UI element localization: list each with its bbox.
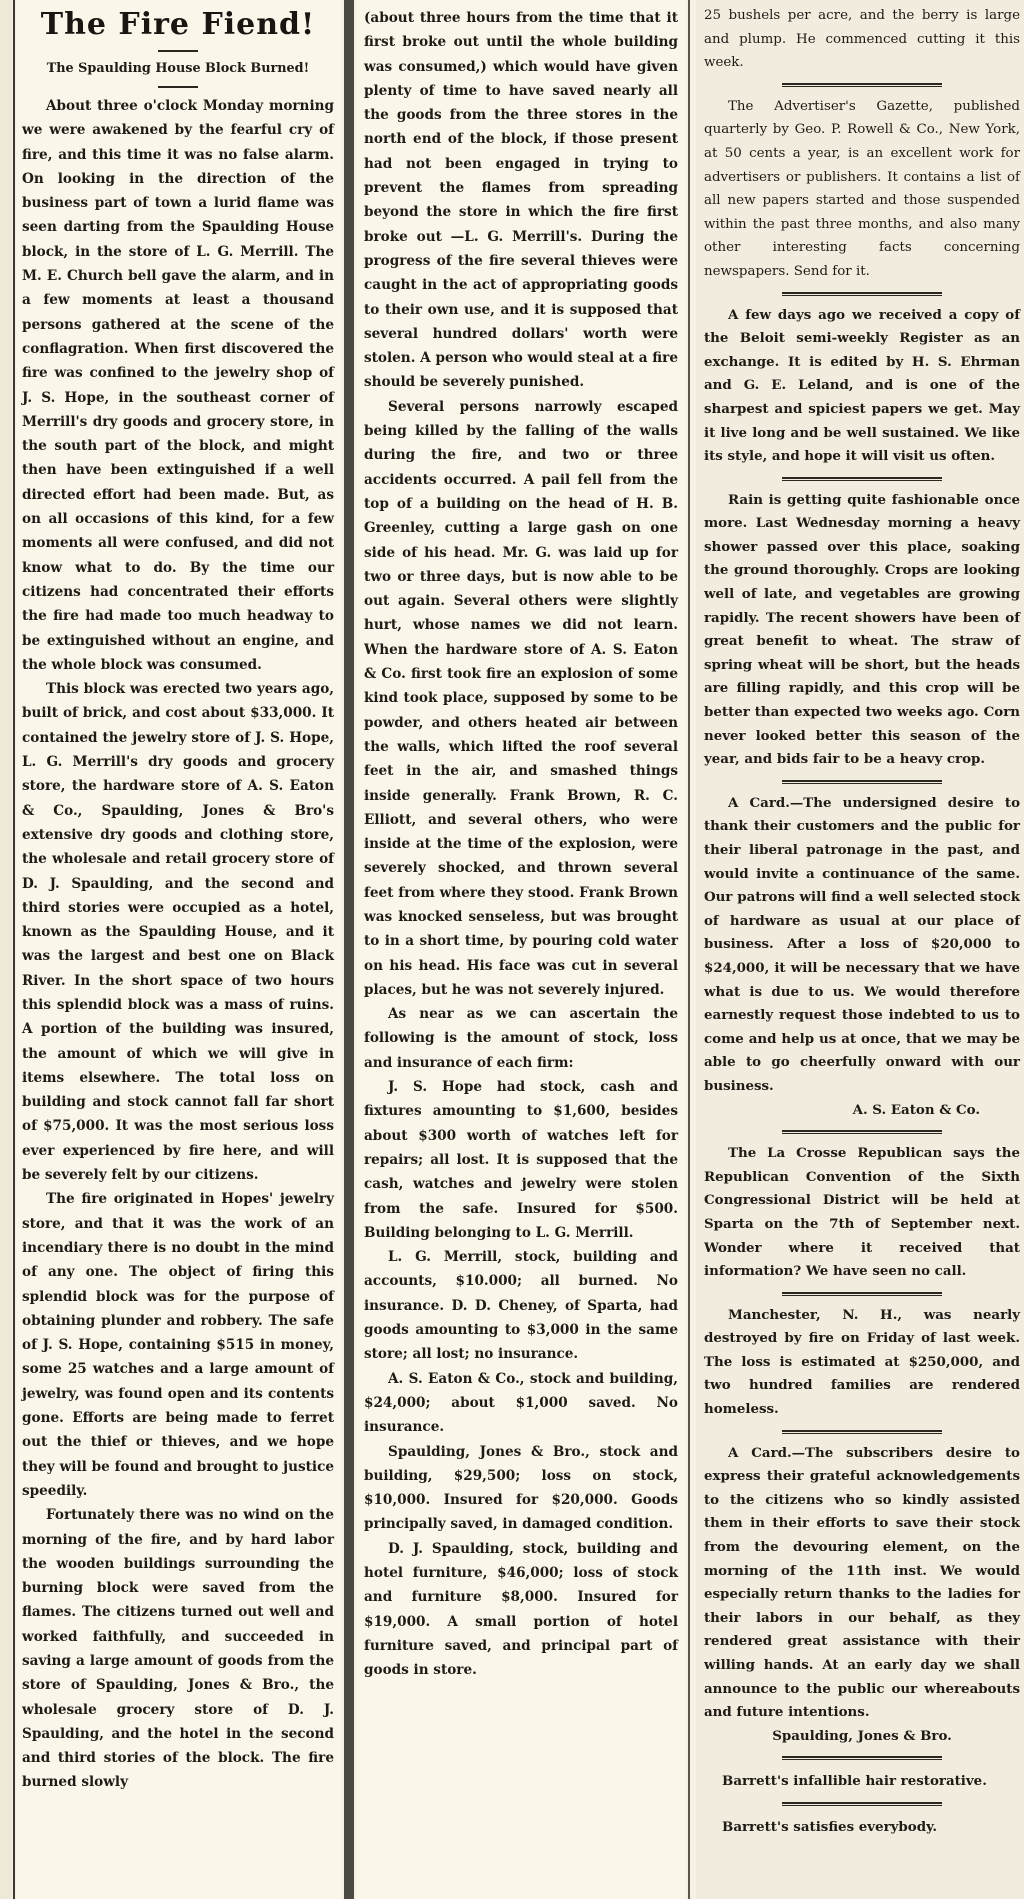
news-item: The La Crosse Republican says the Republ…: [704, 1142, 1020, 1284]
subhead-divider: [158, 86, 198, 88]
item-separator: [782, 1292, 942, 1296]
column-2: (about three hours from the time that it…: [356, 0, 686, 1899]
card-notice: A Card.—The undersigned desire to thank …: [704, 792, 1020, 1099]
article-paragraph: (about three hours from the time that it…: [364, 6, 678, 395]
advertisement: Barrett's satisfies everybody.: [704, 1814, 1020, 1840]
card-signature: Spaulding, Jones & Bro.: [704, 1725, 1020, 1749]
card-signature: A. S. Eaton & Co.: [704, 1099, 1020, 1123]
card-notice: A Card.—The subscribers desire to expres…: [704, 1442, 1020, 1725]
article-paragraph: About three o'clock Monday morning we we…: [22, 94, 334, 677]
item-separator: [782, 292, 942, 296]
column-1: The Fire Fiend! The Spaulding House Bloc…: [16, 0, 342, 1899]
item-separator: [782, 1130, 942, 1134]
newspaper-page: The Fire Fiend! The Spaulding House Bloc…: [0, 0, 1024, 1899]
headline: The Fire Fiend!: [22, 6, 334, 44]
advertisement: Barrett's infallible hair restorative.: [704, 1768, 1020, 1794]
item-separator: [782, 1756, 942, 1760]
item-separator: [782, 1430, 942, 1434]
column-rule-left: [13, 0, 15, 1899]
article-paragraph: Fortunately there was no wind on the mor…: [22, 1503, 334, 1795]
loss-entry: A. S. Eaton & Co., stock and building, $…: [364, 1367, 678, 1440]
article-paragraph: Several persons narrowly escaped being k…: [364, 395, 678, 1002]
column-rule-thick: [344, 0, 354, 1899]
article-paragraph: This block was erected two years ago, bu…: [22, 677, 334, 1187]
news-item: Rain is getting quite fashionable once m…: [704, 489, 1020, 772]
column-rule-thin: [688, 0, 690, 1899]
news-item: 25 bushels per acre, and the berry is la…: [704, 4, 1020, 75]
article-paragraph: As near as we can ascertain the followin…: [364, 1002, 678, 1075]
loss-entry: L. G. Merrill, stock, building and accou…: [364, 1245, 678, 1366]
item-separator: [782, 477, 942, 481]
loss-entry: D. J. Spaulding, stock, building and hot…: [364, 1537, 678, 1683]
item-separator: [782, 1802, 942, 1806]
item-separator: [782, 83, 942, 87]
item-separator: [782, 780, 942, 784]
news-item: The Advertiser's Gazette, published quar…: [704, 95, 1020, 284]
loss-entry: Spaulding, Jones & Bro., stock and build…: [364, 1440, 678, 1537]
loss-entry: J. S. Hope had stock, cash and fixtures …: [364, 1075, 678, 1245]
subheadline: The Spaulding House Block Burned!: [22, 58, 334, 80]
headline-divider: [158, 50, 198, 52]
article-paragraph: The fire originated in Hopes' jewelry st…: [22, 1187, 334, 1503]
column-3: 25 bushels per acre, and the berry is la…: [696, 0, 1024, 1899]
previous-column-edge: [0, 0, 12, 1899]
news-item: A few days ago we received a copy of the…: [704, 304, 1020, 469]
news-item: Manchester, N. H., was nearly destroyed …: [704, 1304, 1020, 1422]
